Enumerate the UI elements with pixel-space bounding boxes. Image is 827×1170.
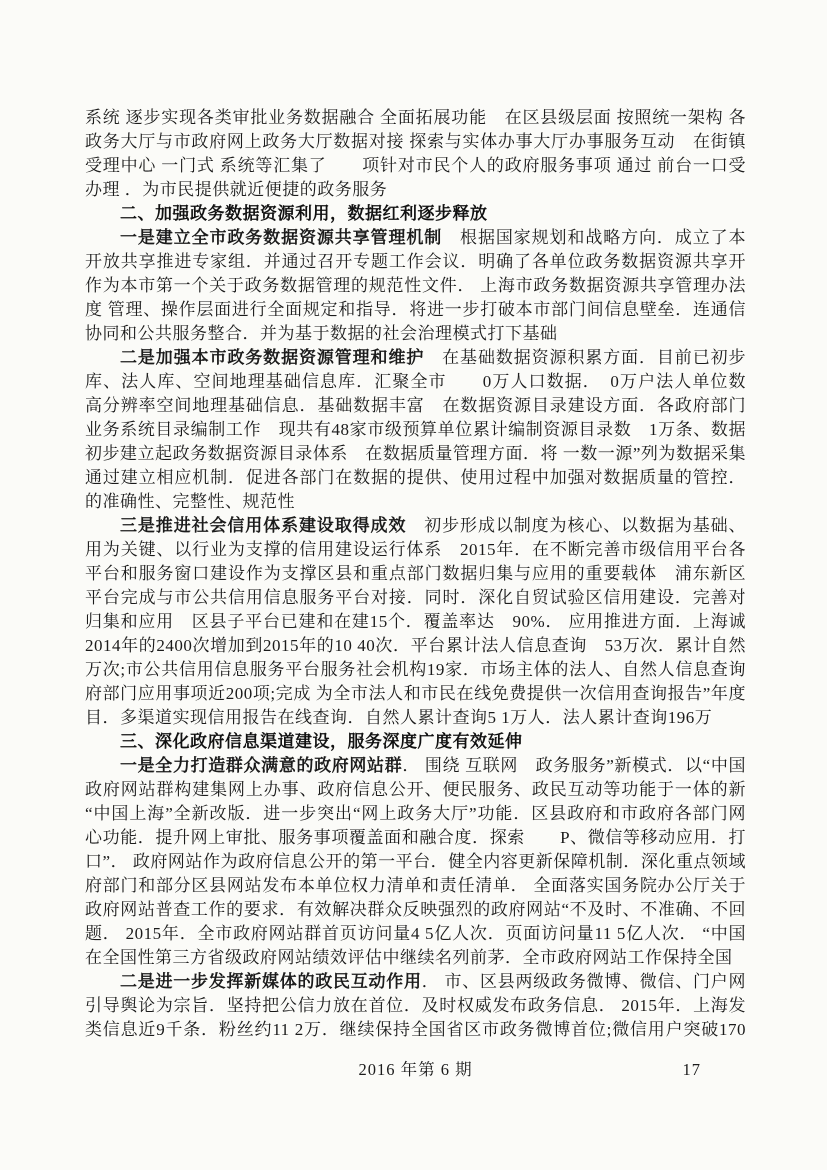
text-line: 引导舆论为宗旨．坚持把公信力放在首位．及时权威发布政务信息． 2015年．上海发… — [85, 994, 746, 1018]
paragraph-lead: 三是推进社会信用体系建设取得成效 — [120, 516, 406, 535]
text-line: 三是推进社会信用体系建设取得成效 初步形成以制度为核心、以数据为基础、以平台为抓… — [85, 514, 746, 538]
page-number: 17 — [683, 1058, 702, 1082]
text-line: 业务系统目录编制工作 现共有48家市级预算单位累计编制资源目录数 1万条、数据项… — [85, 418, 746, 442]
text-line: 平台和服务窗口建设作为支撑区县和重点部门数据归集与应用的重要载体 浦东新区公共信… — [85, 562, 746, 586]
text-line: 库、法人库、空间地理基础信息库．汇聚全市 0万人口数据． 0万户法人单位数据．形… — [85, 370, 746, 394]
text-line: 政府网站普查工作的要求．有效解决群众反映强烈的政府网站“不及时、不准确、不回应、… — [85, 898, 746, 922]
text-line: 府部门和部分区县网站发布本单位权力清单和责任清单． 全面落实国务院办公厅关于开展… — [85, 874, 746, 898]
text-line: 平台完成与市公共信用信息服务平台对接．同时．深化自贸试验区信用建设．完善对重点领… — [85, 586, 746, 610]
text-line: 心功能．提升网上审批、服务事项覆盖面和融合度．探索 P、微信等移动应用．打造网上… — [85, 826, 746, 850]
text-line: 的准确性、完整性、规范性 — [85, 490, 746, 514]
text-line: 政务大厅与市政府网上政务大厅数据对接 探索与实体办事大厅办事服务互动 在街镇层面… — [85, 130, 746, 154]
text-line: 类信息近9千条．粉丝约11 2万．继续保持全国省区市政务微博首位;微信用户突破1… — [85, 1018, 746, 1042]
text-line: 受理中心 一门式 系统等汇集了 项针对市民个人的政府服务事项 通过 前台一口受理… — [85, 154, 746, 178]
text-line: 政府网站群构建集网上办事、政府信息公开、便民服务、政民互动等功能于一体的新型政务… — [85, 778, 746, 802]
text-line: “中国上海”全新改版．进一步突出“网上政务大厅”功能．区县政府和市政府各部门网站… — [85, 802, 746, 826]
text-line: 二是加强本市政务数据资源管理和维护 在基础数据资源积累方面．目前已初步建立了实有… — [85, 346, 746, 370]
section-heading: 三、深化政府信息渠道建设，服务深度广度有效延伸 — [85, 730, 746, 754]
page-footer: 2016 年第 6 期 17 — [85, 1058, 746, 1082]
text-line: 归集和应用 区县子平台已建和在建15个．覆盖率达 90%． 应用推进方面．上海诚… — [85, 610, 746, 634]
text-line: 二是进一步发挥新媒体的政民互动作用． 市、区县两级政务微博、微信、门户网站等新媒… — [85, 970, 746, 994]
article-body: 系统 逐步实现各类审批业务数据融合 全面拓展功能 在区县级层面 按照统一架构 各… — [85, 106, 746, 1042]
text-line: 开放共享推进专家组．并通过召开专题工作会议．明确了各单位政务数据资源共享开放具体… — [85, 250, 746, 274]
text-line: 口”． 政府网站作为政府信息公开的第一平台．健全内容更新保障机制．深化重点领域信… — [85, 850, 746, 874]
paragraph-lead: 一是建立全市政务数据资源共享管理机制 — [120, 228, 442, 247]
text-line: 通过建立相应机制．促进各部门在数据的提供、使用过程中加强对数据质量的管控．提高本… — [85, 466, 746, 490]
text-line: 高分辨率空间地理基础信息．基础数据丰富 在数据资源目录建设方面．各政府部门已累计… — [85, 394, 746, 418]
text-line: 协同和公共服务整合．并为基于数据的社会治理模式打下基础 — [85, 322, 746, 346]
text-line: 度 管理、操作层面进行全面规定和指导．将进一步打破本市部门间信息壁垒．连通信息孤… — [85, 298, 746, 322]
text-line: 一是建立全市政务数据资源共享管理机制 根据国家规划和战略方向．成立了本市政务数据… — [85, 226, 746, 250]
text-line: 用为关键、以行业为支撑的信用建设运行体系 2015年．在不断完善市级信用平台各项… — [85, 538, 746, 562]
text-line: 目．多渠道实现信用报告在线查询．自然人累计查询5 1万人．法人累计查询196万家… — [85, 706, 746, 730]
section-heading: 二、加强政务数据资源利用，数据红利逐步释放 — [85, 202, 746, 226]
text-line: 题． 2015年．全市政府网站群首页访问量4 5亿人次．页面访问量11 5亿人次… — [85, 922, 746, 946]
document-page: 系统 逐步实现各类审批业务数据融合 全面拓展功能 在区县级层面 按照统一架构 各… — [0, 0, 827, 1170]
journal-issue: 2016 年第 6 期 — [85, 1058, 746, 1082]
text-line: 办理 ．为市民提供就近便捷的政务服务 — [85, 178, 746, 202]
text-line: 2014年的2400次增加到2015年的10 40次．平台累计法人信息查询 53… — [85, 634, 746, 658]
text-line: 在全国性第三方省级政府网站绩效评估中继续名列前茅．全市政府网站工作保持全国领先水… — [85, 946, 746, 970]
paragraph-lead: 二是进一步发挥新媒体的政民互动作用 — [120, 972, 422, 991]
text-line: 系统 逐步实现各类审批业务数据融合 全面拓展功能 在区县级层面 按照统一架构 各… — [85, 106, 746, 130]
text-line: 府部门应用事项近200项;完成 为全市法人和市民在线免费提供一次信用查询报告”年… — [85, 682, 746, 706]
text-line: 万次;市公共信用信息服务平台服务社会机构19家．市场主体的法人、自然人信息查询均… — [85, 658, 746, 682]
text-line: 一是全力打造群众满意的政府网站群． 围绕 互联网 政务服务”新模式．以“中国上海… — [85, 754, 746, 778]
paragraph-lead: 二是加强本市政务数据资源管理和维护 — [120, 348, 424, 367]
text-line: 作为本市第一个关于政务数据管理的规范性文件． 上海市政务数据资源共享管理办法 即… — [85, 274, 746, 298]
paragraph-lead: 一是全力打造群众满意的政府网站群 — [120, 756, 402, 775]
text-line: 初步建立起政务数据资源目录体系 在数据质量管理方面．将 一数一源”列为数据采集的… — [85, 442, 746, 466]
